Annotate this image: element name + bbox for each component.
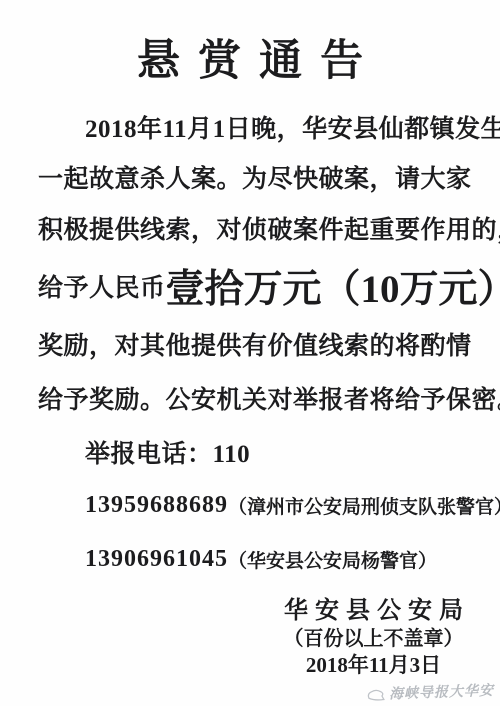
body-line-5: 奖励，对其他提供有价值线索的将酌情 <box>38 318 466 370</box>
body-line-reward: 给予人民币壹拾万元（10万元） <box>38 254 466 318</box>
signature-date: 2018年11月3日 <box>277 652 470 679</box>
reward-notice-document: 悬赏通告 2018年11月1日晚，华安县仙都镇发生 一起故意杀人案。为尽快破案，… <box>0 0 500 706</box>
watermark-label: 海峡导报大华安 <box>389 680 495 704</box>
reward-prefix-text: 给予人民币 <box>38 268 166 304</box>
hotline-line: 举报电话：110 <box>38 426 466 478</box>
body-line-6: 给予奖励。公安机关对举报者将给予保密。 <box>38 370 466 426</box>
body-line-3: 积极提供线索，对侦破案件起重要作用的， <box>38 202 466 254</box>
contact-phone-2: 13906961045 <box>85 546 228 573</box>
contact-office-1: （漳州市公安局刑侦支队张警官） <box>228 492 500 519</box>
contact-line-2: 13906961045（华安县公安局杨警官） <box>38 532 466 586</box>
body-line-1: 2018年11月1日晚，华安县仙都镇发生 <box>38 102 466 152</box>
reward-amount-text: 壹拾万元（10万元） <box>166 258 500 314</box>
watermark-logo-icon <box>367 687 385 701</box>
contact-office-2: （华安县公安局杨警官） <box>228 546 437 573</box>
signature-block: 华安县公安局 （百份以上不盖章） 2018年11月3日 <box>277 596 470 679</box>
notice-body: 2018年11月1日晚，华安县仙都镇发生 一起故意杀人案。为尽快破案，请大家 积… <box>38 102 466 586</box>
signature-note: （百份以上不盖章） <box>277 626 470 652</box>
signature-org: 华安县公安局 <box>277 596 470 626</box>
watermark: 海峡导报大华安 <box>367 680 495 704</box>
notice-title: 悬赏通告 <box>0 36 500 88</box>
contact-phone-1: 13959688689 <box>85 492 228 519</box>
contact-line-1: 13959688689（漳州市公安局刑侦支队张警官） <box>38 478 466 532</box>
body-line-2: 一起故意杀人案。为尽快破案，请大家 <box>38 152 466 202</box>
